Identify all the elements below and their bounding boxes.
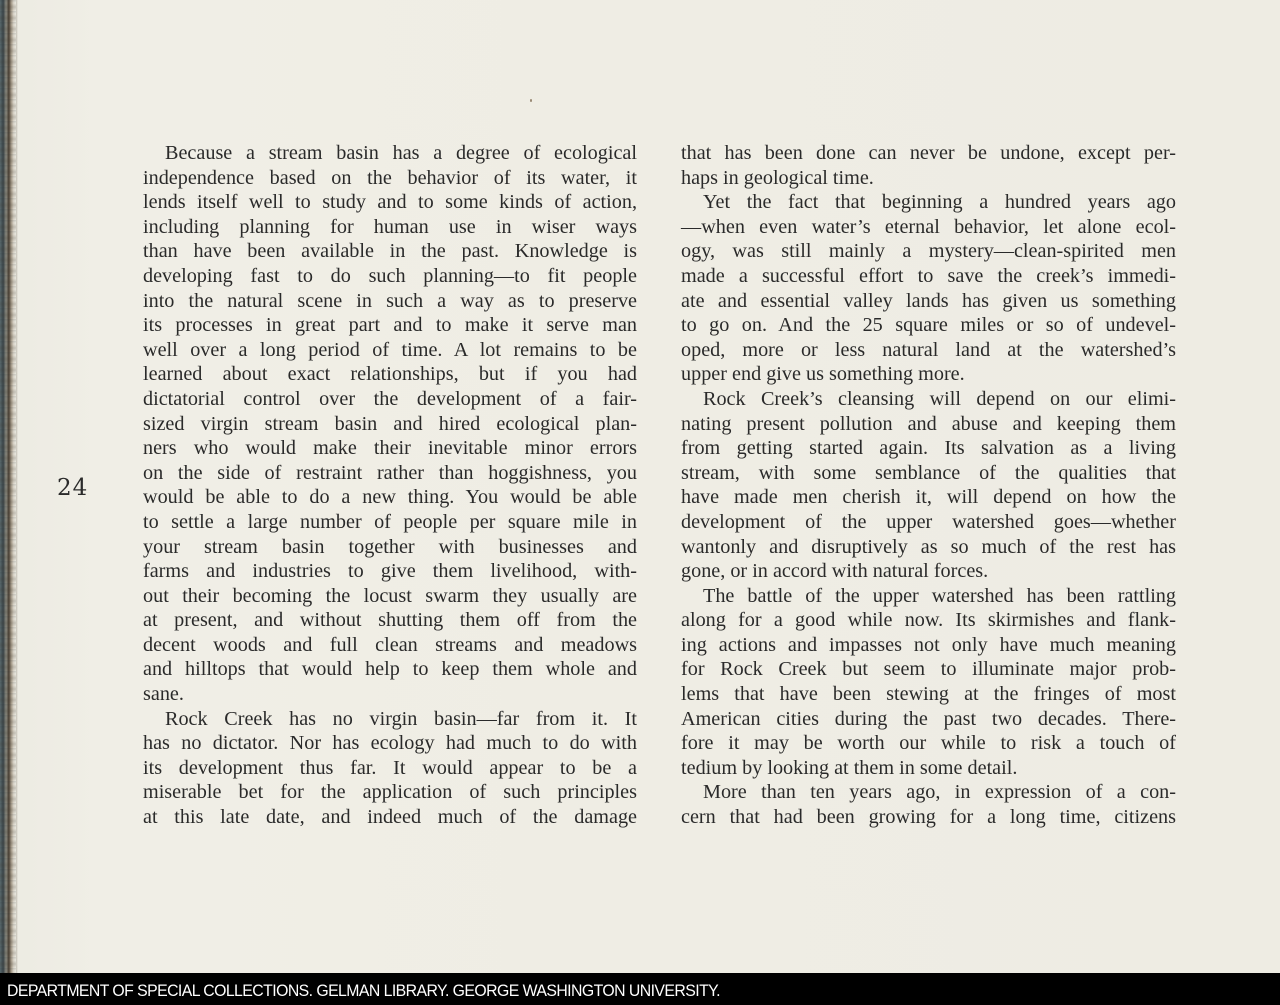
book-spine-edge — [0, 0, 16, 973]
text-line: lends itself well to study and to some k… — [143, 190, 637, 215]
spine-shadow — [16, 0, 18, 973]
page-number: 24 — [57, 475, 88, 501]
text-line: Rock Creek has no virgin basin—far from … — [143, 707, 637, 732]
text-line: than have been available in the past. Kn… — [143, 239, 637, 264]
text-line: made a successful effort to save the cre… — [681, 264, 1176, 289]
text-line: has no dictator. Nor has ecology had muc… — [143, 731, 637, 756]
text-line: along for a good while now. Its skirmish… — [681, 608, 1176, 633]
text-line: its processes in great part and to make … — [143, 313, 637, 338]
text-line: including planning for human use in wise… — [143, 215, 637, 240]
text-line: —when even water’s eternal behavior, let… — [681, 215, 1176, 240]
text-line: cern that had been growing for a long ti… — [681, 805, 1176, 830]
text-line: miserable bet for the application of suc… — [143, 780, 637, 805]
text-line: and hilltops that would help to keep the… — [143, 657, 637, 682]
archive-credit-text: DEPARTMENT OF SPECIAL COLLECTIONS. GELMA… — [7, 981, 720, 1001]
text-line: for Rock Creek but seem to illuminate ma… — [681, 657, 1176, 682]
text-line: developing fast to do such planning—to f… — [143, 264, 637, 289]
text-line: Rock Creek’s cleansing will depend on ou… — [681, 387, 1176, 412]
text-line: learned about exact relationships, but i… — [143, 362, 637, 387]
text-line: Because a stream basin has a degree of e… — [143, 141, 637, 166]
text-line: your stream basin together with business… — [143, 535, 637, 560]
text-line: fore it may be worth our while to risk a… — [681, 731, 1176, 756]
text-line: that has been done can never be undone, … — [681, 141, 1176, 166]
archive-credit-bar: DEPARTMENT OF SPECIAL COLLECTIONS. GELMA… — [0, 973, 1280, 1005]
text-line: ogy, was still mainly a mystery—clean-sp… — [681, 239, 1176, 264]
text-line: decent woods and full clean streams and … — [143, 633, 637, 658]
text-line: The battle of the upper watershed has be… — [681, 584, 1176, 609]
text-line: out their becoming the locust swarm they… — [143, 584, 637, 609]
scanned-book-page: 24 Because a stream basin has a degree o… — [0, 0, 1280, 973]
text-line: gone, or in accord with natural forces. — [681, 559, 1176, 584]
text-line: farms and industries to give them liveli… — [143, 559, 637, 584]
text-line: have made men cherish it, will depend on… — [681, 485, 1176, 510]
text-line: to go on. And the 25 square miles or so … — [681, 313, 1176, 338]
text-line: Yet the fact that beginning a hundred ye… — [681, 190, 1176, 215]
text-line: sane. — [143, 682, 637, 707]
text-line: would be able to do a new thing. You wou… — [143, 485, 637, 510]
text-line: well over a long period of time. A lot r… — [143, 338, 637, 363]
text-line: American cities during the past two deca… — [681, 707, 1176, 732]
text-line: tedium by looking at them in some detail… — [681, 756, 1176, 781]
text-line: at present, and without shutting them of… — [143, 608, 637, 633]
text-line: More than ten years ago, in expression o… — [681, 780, 1176, 805]
text-line: into the natural scene in such a way as … — [143, 289, 637, 314]
paper-speck — [530, 99, 532, 102]
text-line: ing actions and impasses not only have m… — [681, 633, 1176, 658]
text-line: haps in geological time. — [681, 166, 1176, 191]
text-line: independence based on the behavior of it… — [143, 166, 637, 191]
text-line: upper end give us something more. — [681, 362, 1176, 387]
text-line: dictatorial control over the development… — [143, 387, 637, 412]
text-line: ners who would make their inevitable min… — [143, 436, 637, 461]
text-line: ate and essential valley lands has given… — [681, 289, 1176, 314]
text-line: stream, with some semblance of the quali… — [681, 461, 1176, 486]
text-line: development of the upper watershed goes—… — [681, 510, 1176, 535]
text-line: its development thus far. It would appea… — [143, 756, 637, 781]
text-line: on the side of restraint rather than hog… — [143, 461, 637, 486]
text-line: sized virgin stream basin and hired ecol… — [143, 412, 637, 437]
text-line: oped, more or less natural land at the w… — [681, 338, 1176, 363]
text-line: to settle a large number of people per s… — [143, 510, 637, 535]
text-line: wantonly and disruptively as so much of … — [681, 535, 1176, 560]
text-line: nating present pollution and abuse and k… — [681, 412, 1176, 437]
text-line: at this late date, and indeed much of th… — [143, 805, 637, 830]
text-line: lems that have been stewing at the fring… — [681, 682, 1176, 707]
left-text-column: Because a stream basin has a degree of e… — [143, 141, 637, 830]
text-line: from getting started again. Its salvatio… — [681, 436, 1176, 461]
right-text-column: that has been done can never be undone, … — [681, 141, 1176, 830]
